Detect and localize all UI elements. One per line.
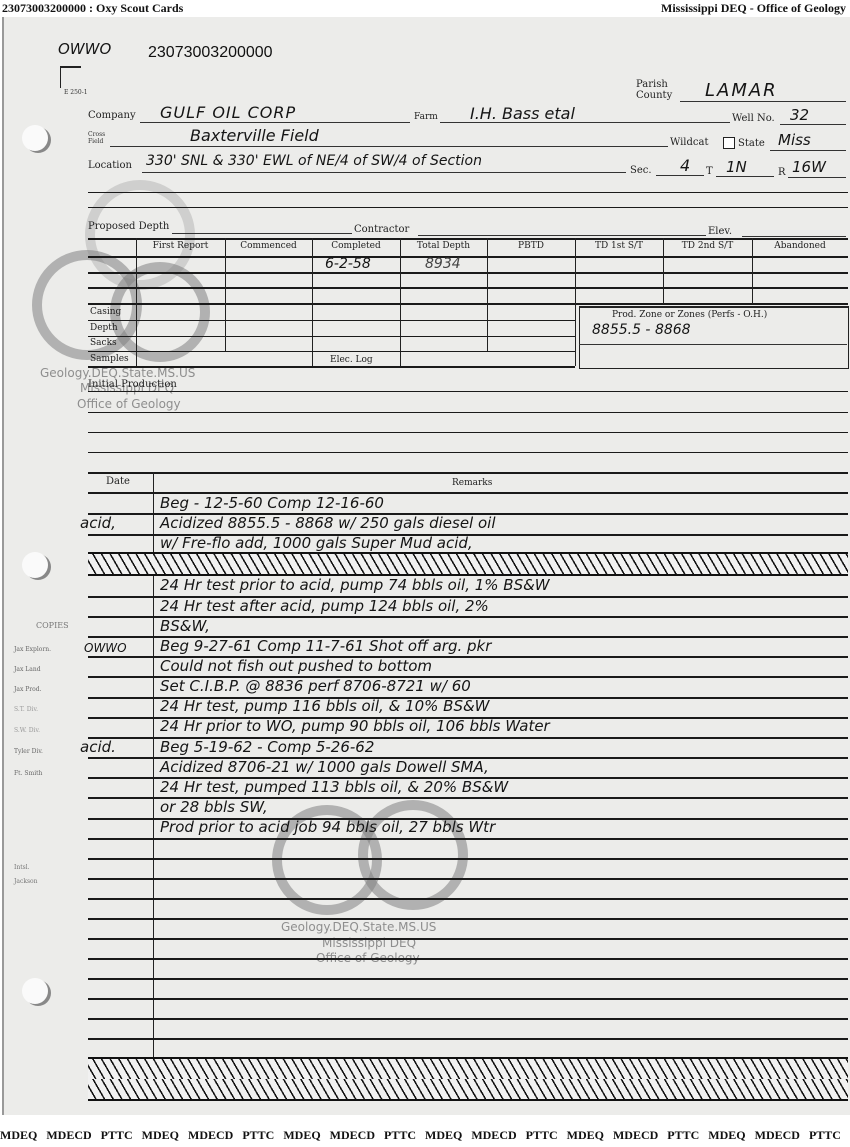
well-no-underline — [780, 124, 846, 125]
range-label: R — [778, 167, 786, 178]
well-no-label: Well No. — [732, 113, 775, 124]
casing-label: Casing — [90, 307, 121, 317]
remark-line: or 28 bbls SW, — [160, 798, 268, 816]
watermark-logo-icon — [110, 262, 210, 362]
contractor-underline — [418, 235, 706, 236]
rule — [88, 958, 848, 960]
watermark-text: Geology.DEQ.State.MS.US — [281, 920, 436, 934]
table-rule — [88, 256, 848, 258]
rule — [88, 412, 848, 413]
remark-line: Beg - 12-5-60 Comp 12-16-60 — [160, 494, 384, 512]
hatched-band — [88, 1057, 848, 1081]
table-divider — [136, 238, 137, 366]
parish-county-label: Parish County — [636, 79, 681, 101]
remark-date: acid, — [80, 514, 116, 532]
company-underline — [140, 122, 410, 123]
copies-title: COPIES — [36, 622, 69, 629]
completed-value: 6-2-58 — [325, 256, 371, 272]
hatched-band — [88, 552, 848, 576]
remark-line: 24 Hr test, pump 116 bbls oil, & 10% BS&… — [160, 697, 490, 715]
document-title: 23073003200000 : Oxy Scout Cards — [2, 1, 183, 16]
range-underline — [788, 177, 846, 178]
table-rule — [88, 336, 575, 337]
farm-underline — [440, 122, 730, 123]
remark-line: 24 Hr test after acid, pump 124 bbls oil… — [160, 597, 489, 615]
remark-line: Set C.I.B.P. @ 8836 perf 8706-8721 w/ 60 — [160, 677, 471, 695]
api-number: 23073003200000 — [148, 44, 273, 62]
copies-item: S.W. Div. — [14, 727, 40, 734]
table-divider — [312, 238, 313, 366]
rule — [88, 978, 848, 980]
township-underline — [716, 176, 774, 177]
table-divider — [225, 303, 226, 351]
table-divider — [400, 238, 401, 366]
rule — [88, 838, 848, 840]
proposed-depth-underline — [172, 233, 352, 234]
form-number: E 250-1 — [64, 89, 88, 96]
remark-line: Beg 5-19-62 - Comp 5-26-62 — [160, 738, 374, 756]
table-rule — [88, 238, 848, 240]
sacks-label: Sacks — [90, 338, 117, 348]
col-td-2nd-st: TD 2nd S/T — [663, 241, 752, 251]
rule — [88, 1038, 848, 1040]
copies-item: Jax Prod. — [14, 686, 42, 693]
corner-bracket-icon — [60, 66, 81, 88]
farm-label: Farm — [414, 112, 438, 122]
elec-log-label: Elec. Log — [330, 355, 373, 365]
page-header: 23073003200000 : Oxy Scout Cards Mississ… — [0, 0, 850, 18]
col-td-1st-st: TD 1st S/T — [575, 241, 663, 251]
punch-hole-icon — [22, 125, 48, 151]
table-rule — [88, 272, 848, 274]
rule — [88, 391, 848, 392]
wildcat-checkbox[interactable] — [723, 137, 735, 149]
copies-item: Ft. Smith — [14, 770, 42, 777]
hatched-band — [88, 1079, 848, 1101]
col-completed: Completed — [312, 241, 400, 251]
farm-value: I.H. Bass etal — [470, 104, 575, 123]
rule — [88, 918, 848, 920]
state-underline — [770, 150, 846, 151]
col-total-depth: Total Depth — [400, 241, 487, 251]
rule — [88, 878, 848, 880]
watermark-text: Office of Geology — [77, 397, 181, 411]
remark-date: acid. — [80, 738, 116, 756]
initial-production-label: Initial Production — [88, 379, 177, 390]
depth-label: Depth — [90, 323, 118, 333]
elev-label: Elev. — [708, 226, 732, 237]
copies-item: Intsl. — [14, 864, 30, 871]
page-footer: MDEQ MDECD PTTC MDEQ MDECD PTTC MDEQ MDE… — [0, 1128, 850, 1143]
sec-underline — [656, 175, 704, 176]
rule — [88, 858, 848, 860]
remark-line: Could not fish out pushed to bottom — [160, 657, 432, 675]
date-header: Date — [106, 476, 130, 487]
copies-item: S.T. Div. — [14, 706, 38, 713]
prod-zone-value: 8855.5 - 8868 — [592, 322, 691, 338]
rule — [88, 472, 848, 474]
contractor-label: Contractor — [354, 224, 409, 235]
rule — [88, 207, 848, 208]
agency-title: Mississippi DEQ - Office of Geology — [661, 1, 846, 16]
punch-hole-icon — [22, 978, 48, 1004]
field-value: Baxterville Field — [190, 126, 319, 145]
remark-line: Beg 9-27-61 Comp 11-7-61 Shot off arg. p… — [160, 637, 491, 655]
copies-item: Jax Explorn. — [14, 646, 51, 653]
well-no-value: 32 — [790, 106, 809, 124]
rule — [88, 998, 848, 1000]
remark-line: 24 Hr test prior to acid, pump 74 bbls o… — [160, 576, 550, 594]
rule — [88, 432, 848, 433]
watermark-logo-icon — [358, 800, 468, 910]
remark-line: 24 Hr prior to WO, pump 90 bbls oil, 106… — [160, 717, 550, 735]
corner-note: OWWO — [58, 40, 111, 58]
company-value: GULF OIL CORP — [160, 103, 296, 122]
col-abandoned: Abandoned — [752, 241, 848, 251]
county-underline — [680, 101, 846, 102]
location-value: 330' SNL & 330' EWL of NE/4 of SW/4 of S… — [146, 153, 482, 169]
table-divider — [487, 303, 488, 351]
remarks-header: Remarks — [452, 478, 492, 488]
remark-line: BS&W, — [160, 617, 210, 635]
rule — [88, 452, 848, 453]
copies-item: Jackson — [14, 878, 38, 885]
township-label: T — [706, 166, 713, 177]
remark-date: OWWO — [84, 641, 127, 655]
range-value: 16W — [792, 158, 826, 176]
prod-zone-label: Prod. Zone or Zones (Perfs - O.H.) — [612, 310, 767, 320]
rule — [88, 192, 848, 193]
proposed-depth-label: Proposed Depth — [88, 221, 169, 232]
col-first-report: First Report — [136, 241, 225, 251]
prod-zone-rule — [579, 344, 847, 345]
company-label: Company — [88, 110, 136, 121]
field-label-text: Field — [88, 138, 103, 145]
col-pbtd: PBTD — [487, 241, 575, 251]
total-depth-value: 8934 — [425, 256, 461, 272]
rule — [88, 938, 848, 940]
sec-label: Sec. — [630, 165, 652, 176]
sec-value: 4 — [680, 156, 690, 175]
samples-label: Samples — [90, 354, 129, 364]
table-rule — [88, 351, 575, 352]
elev-underline — [742, 236, 846, 237]
remark-line: w/ Fre-flo add, 1000 gals Super Mud acid… — [160, 534, 473, 552]
table-rule — [88, 320, 575, 321]
table-divider — [575, 238, 576, 366]
location-label: Location — [88, 160, 132, 171]
table-rule — [88, 366, 575, 368]
field-label: Cross Field — [88, 131, 105, 145]
rule — [88, 898, 848, 900]
table-rule — [88, 287, 848, 289]
wildcat-label: Wildcat — [670, 137, 708, 148]
county-value: LAMAR — [705, 80, 778, 101]
table-rule — [88, 303, 848, 305]
copies-item: Jax Land — [14, 666, 41, 673]
copies-item: Tyler Div. — [14, 748, 43, 755]
watermark-text: Geology.DEQ.State.MS.US — [40, 366, 195, 380]
field-prefix: Cross — [88, 131, 105, 138]
rule — [88, 1018, 848, 1020]
field-underline — [110, 146, 668, 147]
punch-hole-icon — [22, 552, 48, 578]
state-label: State — [738, 138, 765, 149]
location-underline — [142, 172, 626, 173]
remark-line: Acidized 8706-21 w/ 1000 gals Dowell SMA… — [160, 758, 489, 776]
township-value: 1N — [726, 158, 747, 176]
remark-line: Prod prior to acid job 94 bbls oil, 27 b… — [160, 818, 495, 836]
remark-line: 24 Hr test, pumped 113 bbls oil, & 20% B… — [160, 778, 508, 796]
col-commenced: Commenced — [225, 241, 312, 251]
state-value: Miss — [778, 131, 811, 149]
remark-line: Acidized 8855.5 - 8868 w/ 250 gals diese… — [160, 514, 496, 532]
